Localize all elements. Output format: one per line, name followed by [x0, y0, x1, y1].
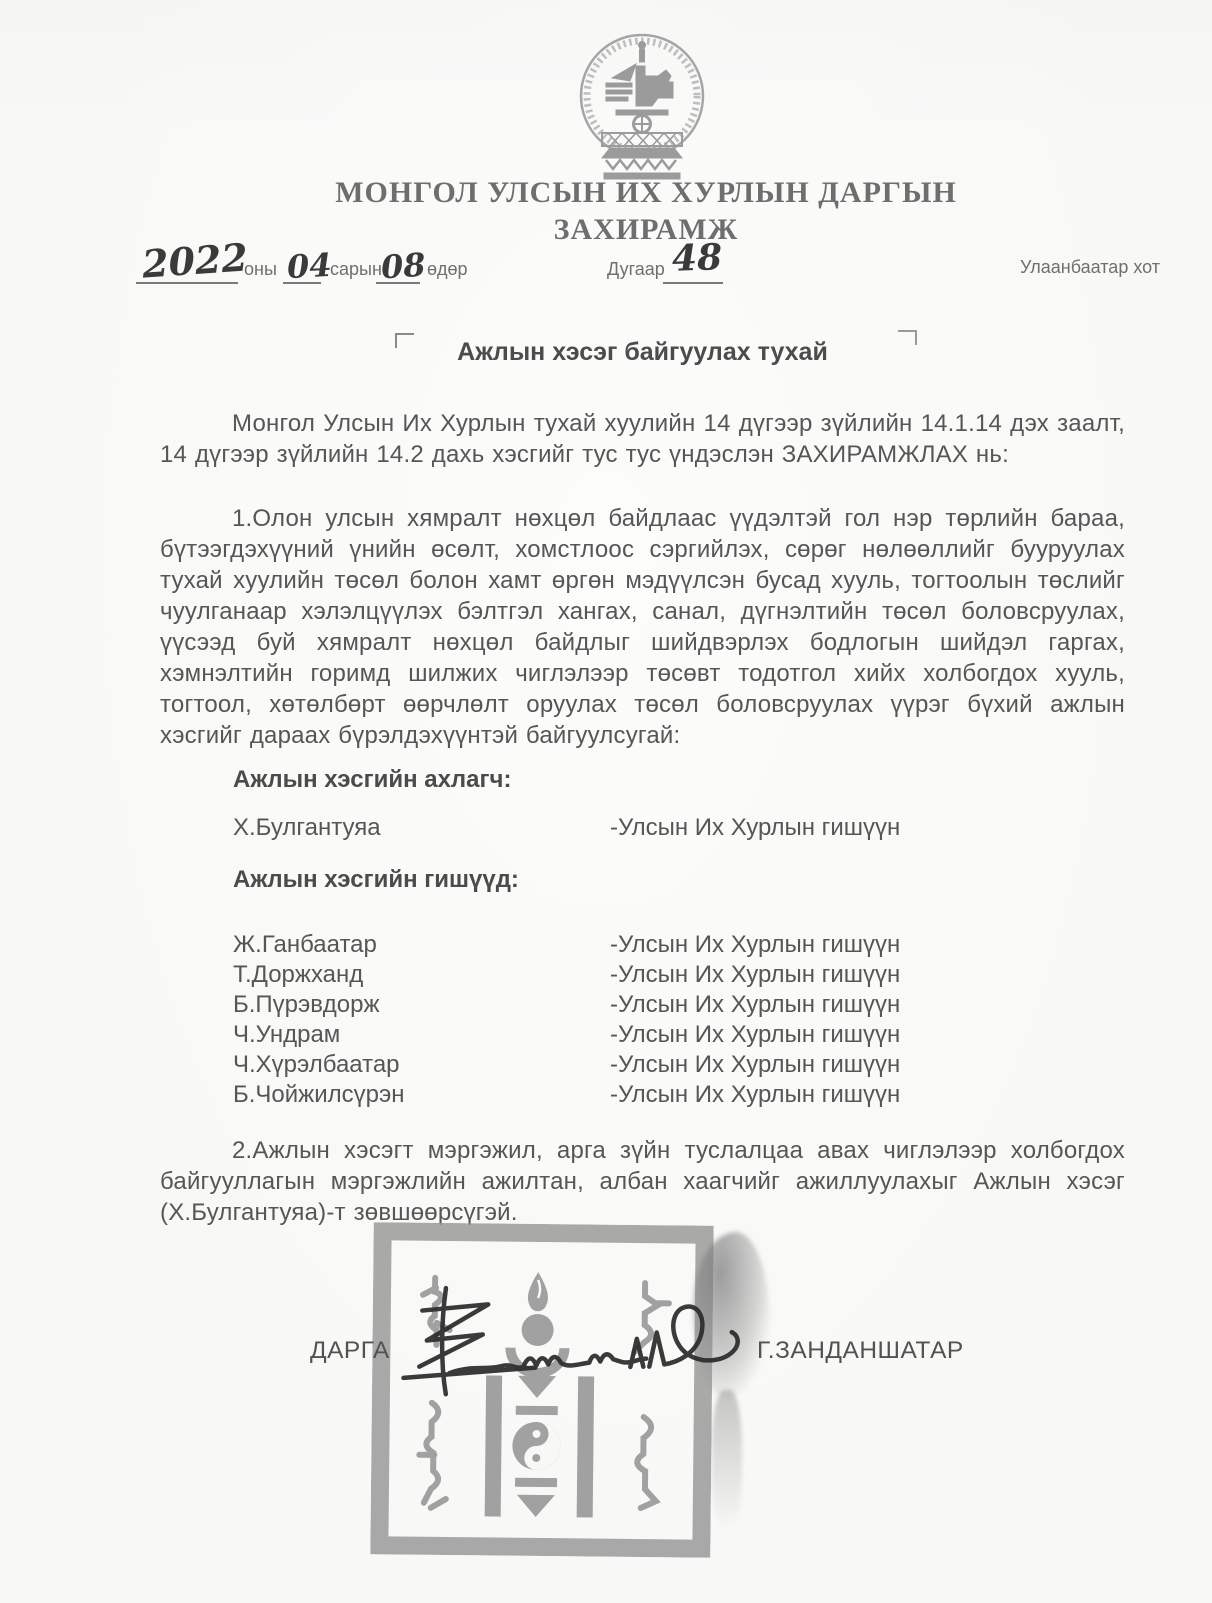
number-underline: [663, 282, 723, 284]
handwritten-day: 08: [380, 245, 427, 286]
signer-title: ДАРГА: [310, 1337, 390, 1365]
clause-2-paragraph: 2.Ажлын хэсэгт мэргэжил, арга зүйн тусла…: [160, 1135, 1125, 1228]
chair-row: Х.Булгантуяа-Улсын Их Хурлын гишүүн: [233, 813, 1133, 843]
day-label: өдөр: [427, 259, 468, 280]
member-role: -Улсын Их Хурлын гишүүн: [610, 1021, 900, 1048]
handwritten-doc-number: 48: [671, 236, 723, 280]
document-title: Ажлын хэсэг байгуулах тухай: [160, 338, 1125, 367]
member-row: Б.Пүрэвдорж-Улсын Их Хурлын гишүүн: [233, 990, 1133, 1020]
member-role: -Улсын Их Хурлын гишүүн: [610, 931, 900, 958]
chair-section-label: Ажлын хэсгийн ахлагч:: [233, 766, 511, 794]
member-row: Б.Чойжилсүрэн-Улсын Их Хурлын гишүүн: [233, 1080, 1133, 1110]
member-role: -Улсын Их Хурлын гишүүн: [610, 991, 900, 1018]
member-name: Т.Доржханд: [233, 960, 610, 990]
member-role: -Улсын Их Хурлын гишүүн: [610, 961, 900, 988]
number-label: Дугаар: [607, 259, 665, 280]
member-name: Б.Чойжилсүрэн: [233, 1080, 610, 1110]
chair-role: -Улсын Их Хурлын гишүүн: [610, 814, 900, 841]
member-row: Т.Доржханд-Улсын Их Хурлын гишүүн: [233, 960, 1133, 990]
member-role: -Улсын Их Хурлын гишүүн: [610, 1081, 900, 1108]
member-name: Ч.Хүрэлбаатар: [233, 1050, 610, 1080]
clause-1-paragraph: 1.Олон улсын хямралт нөхцөл байдлаас үүд…: [160, 503, 1125, 751]
chairman-signature-ink: [383, 1278, 758, 1418]
member-name: Ч.Ундрам: [233, 1020, 610, 1050]
handwritten-year: 2022: [141, 234, 250, 286]
member-row: Ч.Ундрам-Улсын Их Хурлын гишүүн: [233, 1020, 1133, 1050]
org-name-line2: ЗАХИРАМЖ: [90, 211, 1202, 248]
handwritten-month: 04: [286, 246, 332, 286]
member-name: Ж.Ганбаатар: [233, 930, 610, 960]
member-name: Б.Пүрэвдорж: [233, 990, 610, 1020]
roster-row: Х.Булгантуяа-Улсын Их Хурлын гишүүн: [233, 813, 1133, 843]
org-name-line1: МОНГОЛ УЛСЫН ИХ ХУРЛЫН ДАРГЫН: [90, 174, 1202, 211]
org-name: МОНГОЛ УЛСЫН ИХ ХУРЛЫН ДАРГЫН ЗАХИРАМЖ: [90, 174, 1202, 248]
scanned-decree-page: МОНГОЛ УЛСЫН ИХ ХУРЛЫН ДАРГЫН ЗАХИРАМЖ 2…: [0, 0, 1212, 1603]
year-label: оны: [244, 259, 277, 280]
signer-name: Г.ЗАНДАНШАТАР: [757, 1337, 964, 1365]
mongolia-state-emblem-icon: [570, 24, 715, 184]
month-label: сарын: [330, 259, 382, 280]
member-row: Ч.Хүрэлбаатар-Улсын Их Хурлын гишүүн: [233, 1050, 1133, 1080]
member-row: Ж.Ганбаатар-Улсын Их Хурлын гишүүн: [233, 930, 1133, 960]
city-label: Улаанбаатар хот: [1020, 257, 1160, 278]
members-list: Ж.Ганбаатар-Улсын Их Хурлын гишүүн Т.Дор…: [233, 930, 1133, 1110]
chair-name: Х.Булгантуяа: [233, 813, 610, 843]
members-section-label: Ажлын хэсгийн гишүүд:: [233, 866, 519, 894]
preamble-paragraph: Монгол Улсын Их Хурлын тухай хуулийн 14 …: [160, 408, 1125, 470]
member-role: -Улсын Их Хурлын гишүүн: [610, 1051, 900, 1078]
